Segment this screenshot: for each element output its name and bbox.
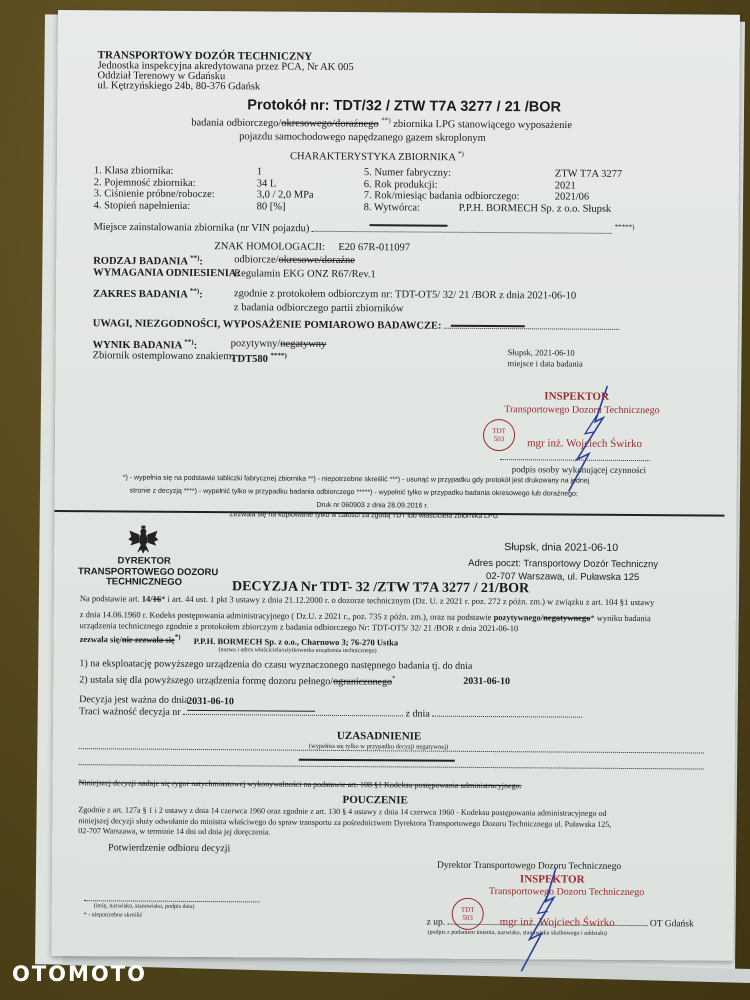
instruction-heading: POUCZENIE bbox=[342, 794, 407, 806]
scope-line2: z badania odbiorczego partii zbiorników bbox=[234, 301, 576, 317]
justification-heading: UZASADNIENIE bbox=[337, 730, 421, 743]
stamp-mark: ****) bbox=[271, 351, 287, 359]
footnote-line1: *) - wypełnia się na podstawie tabliczki… bbox=[123, 474, 590, 484]
spec-label: 2. Pojemność zbiornika: bbox=[94, 177, 215, 189]
scope-label: ZAKRES BADANIA **): bbox=[93, 286, 203, 300]
char-heading-mark: *) bbox=[458, 150, 464, 158]
scope-value: zgodnie z protokołem odbiorczym nr: TDT-… bbox=[234, 287, 576, 317]
owner-caption: (nazwa i adres właściciela/użytkownika u… bbox=[219, 647, 377, 654]
stamp-code: TDT580 bbox=[231, 354, 268, 365]
authority-block: DYREKTOR TRANSPORTOWEGO DOZORU TECHNICZN… bbox=[78, 556, 210, 588]
spec-label: 7. Rok/miesiąc badania odbiorczego: bbox=[364, 190, 520, 203]
subtitle-struck: okresowego/doraźnego bbox=[281, 118, 378, 130]
polish-eagle-emblem-icon bbox=[127, 522, 159, 554]
instruction-text: Zgodnie z art. 127a § 1 i 2 ustawy z dni… bbox=[78, 805, 611, 840]
spec-value: 34 L bbox=[257, 178, 314, 190]
copy-notice: Zezwala się na kopiowanie tylko w całośc… bbox=[229, 511, 498, 520]
permit-mark: *) bbox=[175, 633, 181, 641]
otomoto-watermark: OTOMOTO bbox=[12, 962, 147, 986]
characteristics-heading: CHARAKTERYSTYKA ZBIORNIKA *) bbox=[290, 149, 464, 164]
item2-text: 2) ustala się dla powyższego urządzenia … bbox=[79, 674, 333, 687]
result-selected: pozytywny/ bbox=[231, 338, 281, 349]
address-line1: Adres poczt: Transportowy Dozór Technicz… bbox=[468, 558, 658, 570]
justification-line bbox=[299, 759, 455, 762]
org-line3: ul. Kętrzyńskiego 24b, 80-376 Gdańsk bbox=[97, 80, 260, 92]
test-type-label: RODZAJ BADANIA **): bbox=[93, 253, 203, 267]
permit-selected: zezwala się/ bbox=[80, 634, 122, 644]
spec-label: 5. Numer fabryczny: bbox=[364, 167, 520, 180]
test-type-mark: **) bbox=[190, 254, 199, 262]
spec-value: 1 bbox=[257, 166, 314, 178]
owner: P.P.H. BORMECH Sp. z o.o., Charnowo 3; 7… bbox=[194, 636, 399, 647]
spec-value: ZTW T7A 3277 bbox=[555, 168, 622, 180]
manufacturer-value: P.P.H. BORMECH Sp. z o.o. Słupsk bbox=[459, 203, 612, 216]
body-negative-struck: negatywnego bbox=[543, 612, 590, 622]
specs-left-values: 1 34 L 3,0 / 2,0 MPa 80 [%] bbox=[257, 166, 314, 213]
spec-value: 80 [%] bbox=[257, 201, 314, 213]
result-mark: **) bbox=[184, 338, 193, 346]
subtitle-prefix: badania odbiorczego/ bbox=[191, 117, 281, 129]
spec-value: 3,0 / 2,0 MPa bbox=[257, 190, 314, 202]
tdt-badge: TDT 503 bbox=[483, 419, 515, 451]
scope-text: ZAKRES BADANIA bbox=[93, 289, 187, 301]
item2-struck: ograniczonego bbox=[333, 676, 392, 687]
decision-footnote: * - niepotrzebne skreślić bbox=[84, 912, 143, 918]
body-art: 14/ bbox=[142, 594, 153, 604]
test-type-text: RODZAJ BADANIA bbox=[93, 256, 187, 268]
decision-place-date: Słupsk, dnia 2021-06-10 bbox=[504, 541, 618, 554]
vin-row: Miejsce zainstalowania zbiornika (nr VIN… bbox=[93, 219, 634, 236]
decision-body-line3: urządzenia technicznego zgodnie z protok… bbox=[80, 620, 519, 633]
document-page: TRANSPORTOWY DOZÓR TECHNICZNY Jednostka … bbox=[51, 10, 740, 961]
place-date: Słupsk, 2021-06-10 bbox=[508, 347, 575, 357]
homologation-label: ZNAK HOMOLOGACJI: bbox=[214, 241, 325, 253]
scope-mark: **) bbox=[190, 287, 199, 295]
body-text: * i art. 44 ust. 1 pkt 3 ustawy z dnia 2… bbox=[161, 594, 654, 607]
homologation-value: E20 67R-011097 bbox=[338, 242, 410, 253]
valid-label: Decyzja jest ważna do dnia bbox=[79, 694, 188, 706]
footnote-line2: stronie z decyzją ****) - wypełnić tylko… bbox=[130, 488, 578, 498]
body-text: Na podstawie art. bbox=[80, 593, 142, 603]
result-value: pozytywny/negatywny bbox=[231, 338, 327, 350]
decision-item2: 2) ustala się dla powyższego urządzenia … bbox=[79, 672, 395, 688]
char-heading-text: CHARAKTERYSTYKA ZBIORNIKA bbox=[290, 151, 455, 163]
decision-item1: 1) na eksploatację powyższego urządzenia… bbox=[79, 658, 472, 672]
valid-date: 2031-06-10 bbox=[187, 696, 234, 707]
spec-label: 4. Stopień napełnienia: bbox=[94, 200, 215, 212]
expires-date-label: z dnia bbox=[406, 708, 430, 719]
badge-line2: 503 bbox=[484, 435, 514, 443]
body-positive: pozytywnego/ bbox=[491, 612, 543, 622]
spec-value: 2021 bbox=[555, 180, 622, 192]
zup-label: z up. bbox=[427, 918, 446, 928]
remarks-field bbox=[444, 328, 619, 330]
expires-label: Traci ważność decyzja nr bbox=[79, 706, 181, 718]
badge-line1: TDT bbox=[484, 427, 514, 435]
protocol-subtitle: badania odbiorczego/okresowego/doraźnego… bbox=[191, 115, 572, 131]
specs-left-labels: 1. Klasa zbiornika: 2. Pojemność zbiorni… bbox=[94, 165, 215, 212]
test-type-value: odbiorcze/okresowe/doraźne bbox=[234, 254, 355, 266]
print-number: Druk nr 060903 z dnia 28.09.2016 r. bbox=[317, 502, 429, 510]
spec-value: 2021/06 bbox=[555, 192, 622, 204]
vin-mark: *****) bbox=[615, 223, 635, 231]
authority-line3: TECHNICZNEGO bbox=[78, 577, 210, 588]
specs-right-values: ZTW T7A 3277 2021 2021/06 bbox=[555, 168, 623, 203]
permit-row: zezwala się/nie zezwala się*) bbox=[80, 632, 181, 645]
protocol-subtitle-line2: pojazdu samochodowego napędzanego gazem … bbox=[239, 131, 486, 144]
requirements-value: Regulamin EKG ONZ R67/Rev.1 bbox=[234, 268, 376, 280]
body-art-struck: 16 bbox=[153, 594, 162, 604]
justification-field-line2 bbox=[79, 764, 704, 769]
expires-row: Traci ważność decyzja nr z dnia bbox=[79, 706, 582, 721]
decision-signature-scribble bbox=[509, 863, 580, 978]
org-header: TRANSPORTOWY DOZÓR TECHNICZNY Jednostka … bbox=[97, 50, 353, 93]
stamp-label: Zbiornik ostemplowano znakiem: bbox=[93, 350, 235, 362]
remarks-row: UWAGI, NIEZGODNOŚCI, WYPOSAŻENIE POMIARO… bbox=[93, 318, 619, 333]
body-text: * wyniku badania bbox=[590, 613, 651, 623]
expires-date-field bbox=[432, 716, 582, 718]
enforcement-clause: Niniejszej decyzji nadaje się rygor naty… bbox=[79, 778, 522, 790]
stamp-value: TDT580 ****) bbox=[231, 351, 287, 365]
requirements-label: WYMAGANIA ODNIESIENIA: bbox=[93, 267, 240, 279]
expires-number-field bbox=[183, 714, 403, 717]
branch: OT Gdańsk bbox=[650, 919, 694, 929]
spec-label: 1. Klasa zbiornika: bbox=[94, 165, 215, 177]
spec-label: 3. Ciśnienie próbne/robocze: bbox=[94, 188, 215, 200]
receipt-label: Potwierdzenie odbioru decyzji bbox=[108, 842, 230, 854]
item1-date: 2031-06-10 bbox=[463, 676, 510, 687]
permit-struck: nie zezwala się bbox=[122, 634, 175, 644]
vin-field bbox=[312, 230, 612, 233]
result-label: WYNIK BADANIA **): bbox=[93, 337, 198, 351]
protocol-title: Protokół nr: TDT/32 / ZTW T7A 3277 / 21 … bbox=[247, 97, 561, 115]
subtitle-suffix: zbiornika LPG stanowiącego wyposażenie bbox=[391, 119, 572, 131]
remarks-label: UWAGI, NIEZGODNOŚCI, WYPOSAŻENIE POMIARO… bbox=[93, 318, 442, 331]
test-type-selected: odbiorcze/ bbox=[234, 254, 278, 265]
badge-line1: TDT bbox=[453, 906, 483, 914]
vin-label: Miejsce zainstalowania zbiornika (nr VIN… bbox=[93, 222, 309, 235]
result-struck: negatywny bbox=[280, 339, 326, 350]
receipt-caption: (imię, nazwisko, stanowisko, podpis data… bbox=[94, 903, 195, 910]
decision-body-line1: Na podstawie art. 14/16* i art. 44 ust. … bbox=[80, 593, 655, 607]
place-date-caption: miejsce i data badania bbox=[508, 358, 583, 369]
test-type-struck: okresowe/doraźne bbox=[279, 255, 355, 267]
receipt-field bbox=[84, 900, 260, 902]
